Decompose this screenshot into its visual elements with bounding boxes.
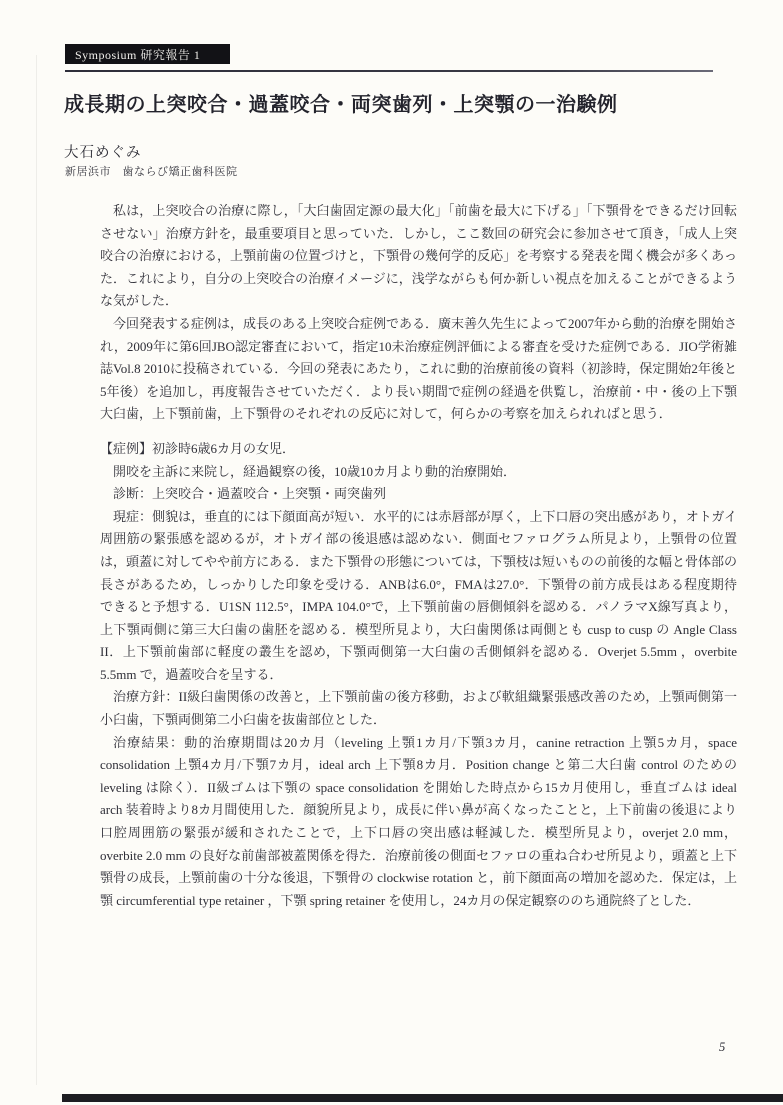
case-chief-complaint: 開咬を主訴に来院し，経過観察の後，10歳10カ月より動的治療開始． <box>100 461 737 484</box>
case-treatment-plan: 治療方針：II級臼歯関係の改善と，上下顎前歯の後方移動，および軟組織緊張感改善の… <box>100 686 737 731</box>
case-heading-line: 【症例】初診時6歳6カ月の女児． <box>100 438 737 461</box>
symposium-badge-label: Symposium 研究報告 1 <box>75 46 200 63</box>
article-title: 成長期の上突咬合・過蓋咬合・両突歯列・上突顎の一治験例 <box>64 88 724 117</box>
case-treatment-result: 治療結果：動的治療期間は20カ月（leveling 上顎1カ月/下顎3カ月，ca… <box>100 732 737 913</box>
intro-paragraph-2: 今回発表する症例は，成長のある上突咬合症例である．廣末善久先生によって2007年… <box>100 313 737 426</box>
article-body: 私は，上突咬合の治療に際し，「大臼歯固定源の最大化」「前歯を最大に下げる」「下顎… <box>100 200 737 912</box>
scan-edge-artifact <box>36 55 37 1085</box>
page-number: 5 <box>719 1040 725 1055</box>
symposium-badge: Symposium 研究報告 1 <box>65 44 230 64</box>
case-findings: 現症：側貌は，垂直的には下顔面高が短い．水平的には赤唇部が厚く，上下口唇の突出感… <box>100 506 737 687</box>
bottom-rule <box>62 1094 783 1102</box>
header-rule <box>65 70 713 72</box>
intro-paragraph-1: 私は，上突咬合の治療に際し，「大臼歯固定源の最大化」「前歯を最大に下げる」「下顎… <box>100 200 737 313</box>
author-name: 大石めぐみ <box>64 141 142 162</box>
case-diagnosis: 診断：上突咬合・過蓋咬合・上突顎・両突歯列 <box>100 483 737 506</box>
author-affiliation: 新居浜市 歯ならび矯正歯科医院 <box>65 163 238 179</box>
journal-page: Symposium 研究報告 1 成長期の上突咬合・過蓋咬合・両突歯列・上突顎の… <box>0 0 783 1105</box>
